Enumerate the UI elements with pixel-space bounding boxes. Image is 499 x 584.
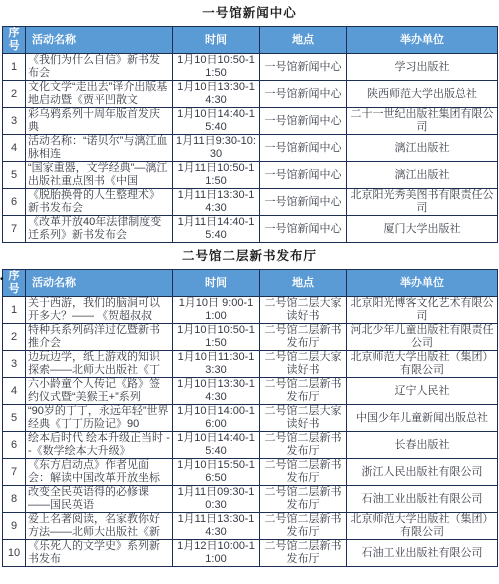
time-cell: 1月10日 9:00-11:00	[173, 297, 260, 324]
row-number-cell: 4	[3, 135, 26, 162]
row-number-cell: 5	[3, 162, 26, 189]
column-header-number: 序号	[3, 27, 26, 54]
table-row: 3 彩乌鸦系列十周年版首发庆典 1月10日14:40-15:40 一号馆新闻中心…	[3, 108, 498, 135]
table-body: 1 关于西游，我们的脑洞可以开多大？—— 《贺超叔叔 1月10日 9:00-11…	[3, 297, 498, 567]
table-row: 6 《脱胎换骨的人生整理术》新书发布会 1月11日13:30-14:30 一号馆…	[3, 189, 498, 216]
organizer-cell: 漓江出版社	[347, 135, 498, 162]
organizer-cell: 石油工业出版社有限公司	[347, 486, 498, 513]
time-cell: 1月10日13:30-14:30	[173, 81, 260, 108]
table-wrap: 序号 活动名称 时间 地点 举办单位 1 《我们为什么自信》新书发布会 1月10…	[2, 26, 499, 243]
place-cell: 二号馆二层新书发布厅	[260, 432, 347, 459]
column-header-label: 时间	[205, 277, 227, 289]
column-header-number: 序号	[3, 270, 26, 297]
row-number-cell: 1	[3, 54, 26, 81]
time-cell: 1月11日13:30-14:30	[173, 513, 260, 540]
table-row: 5 “国家重器，文学经典”—漓江出版社重点图书《中国 1月11日10:50-11…	[3, 162, 498, 189]
place-cell: 二号馆二层新书发布厅	[260, 486, 347, 513]
table-wrap: • 序号 活动名称 时间 地点 举办单位 1 关于西游，我们的脑洞可以开多大？—…	[2, 269, 499, 567]
place-cell: 二号馆二层新书发布厅	[260, 324, 347, 351]
header-row: 序号 活动名称 时间 地点 举办单位	[3, 27, 498, 54]
activity-name-cell: 关于西游，我们的脑洞可以开多大？—— 《贺超叔叔	[26, 297, 173, 324]
table-body: 1 《我们为什么自信》新书发布会 1月10日10:50-11:50 一号馆新闻中…	[3, 54, 498, 243]
column-header-time: 时间	[173, 27, 260, 54]
activity-name-cell: “国家重器，文学经典”—漓江出版社重点图书《中国	[26, 162, 173, 189]
organizer-cell: 北京师范大学出版社（集团）有限公司	[347, 351, 498, 378]
time-cell: 1月10日10:50-11:50	[173, 54, 260, 81]
events-table-section: 二号馆二层新书发布厅 • 序号 活动名称 时间 地点 举办单位 1	[0, 243, 499, 567]
row-number-cell: 6	[3, 432, 26, 459]
row-number-cell: 8	[3, 486, 26, 513]
table-row: 9 爱上名著阅读，名家教你好方法——北师大出版社《新 1月11日13:30-14…	[3, 513, 498, 540]
organizer-cell: 二十一世纪出版社集团有限公司	[347, 108, 498, 135]
column-header-label: 地点	[292, 277, 314, 289]
activity-name-cell: 爱上名著阅读，名家教你好方法——北师大出版社《新	[26, 513, 173, 540]
column-header-place: 地点	[260, 270, 347, 297]
table-row: 3 边玩边学，纸上游戏的知识探索——北师大出版社《丁 1月10日11:30-13…	[3, 351, 498, 378]
organizer-cell: 学习出版社	[347, 54, 498, 81]
table-row: 1 《我们为什么自信》新书发布会 1月10日10:50-11:50 一号馆新闻中…	[3, 54, 498, 81]
time-cell: 1月12日10:00-11:00	[173, 540, 260, 567]
activity-name-cell: 特种兵系列码洋过亿暨新书推介会	[26, 324, 173, 351]
activity-name-cell: 《东方启动点》作者见面会：解读中国改革开放坐标	[26, 459, 173, 486]
column-header-organizer: 举办单位	[347, 27, 498, 54]
row-number-cell: 6	[3, 189, 26, 216]
organizer-cell: 石油工业出版社有限公司	[347, 540, 498, 567]
column-header-activity: 活动名称	[26, 27, 173, 54]
row-number-cell: 5	[3, 405, 26, 432]
time-cell: 1月11日10:50-11:50	[173, 162, 260, 189]
place-cell: 一号馆新闻中心	[260, 54, 347, 81]
time-cell: 1月10日11:30-13:30	[173, 351, 260, 378]
place-cell: 二号馆二层新书发布厅	[260, 459, 347, 486]
organizer-cell: 中国少年儿童新闻出版总社	[347, 405, 498, 432]
place-cell: 一号馆新闻中心	[260, 189, 347, 216]
place-cell: 二号馆二层大家读好书	[260, 297, 347, 324]
organizer-cell: 河北少年儿童出版社有限责任公司	[347, 324, 498, 351]
row-number-cell: 9	[3, 513, 26, 540]
events-table: 序号 活动名称 时间 地点 举办单位 1 关于西游，我们的脑洞可以开多大？—— …	[2, 269, 498, 567]
header-bullet: •	[0, 274, 4, 285]
time-cell: 1月10日14:00-16:00	[173, 405, 260, 432]
organizer-cell: 厦门大学出版社	[347, 216, 498, 243]
place-cell: 二号馆二层大家读好书	[260, 405, 347, 432]
table-row: 7 《改革开放40年法律制度变迁系列》新书发布会 1月11日14:40-15:4…	[3, 216, 498, 243]
row-number-cell: 4	[3, 378, 26, 405]
table-row: 7 《东方启动点》作者见面会：解读中国改革开放坐标 1月10日15:50-16:…	[3, 459, 498, 486]
organizer-cell: 北京师范大学出版社（集团）有限公司	[347, 513, 498, 540]
row-number-cell: 3	[3, 108, 26, 135]
time-cell: 1月10日10:50-11:50	[173, 324, 260, 351]
table-row: 8 改变全民英语得的必修课——国民英语 1月11日09:30-10:30 二号馆…	[3, 486, 498, 513]
events-table: 序号 活动名称 时间 地点 举办单位 1 《我们为什么自信》新书发布会 1月10…	[2, 26, 498, 243]
activity-name-cell: 改变全民英语得的必修课——国民英语	[26, 486, 173, 513]
place-cell: 一号馆新闻中心	[260, 81, 347, 108]
organizer-cell: 漓江出版社	[347, 162, 498, 189]
place-cell: 一号馆新闻中心	[260, 135, 347, 162]
table-title: 一号馆新闻中心	[0, 0, 499, 26]
time-cell: 1月10日14:40-15:40	[173, 108, 260, 135]
place-cell: 一号馆新闻中心	[260, 162, 347, 189]
activity-name-cell: 活动名称：“诺贝尔”与漓江血脉相连	[26, 135, 173, 162]
activity-name-cell: 《我们为什么自信》新书发布会	[26, 54, 173, 81]
table-row: 5 “90岁的丁丁，永远年轻”世界经典《丁丁历险记》90 1月10日14:00-…	[3, 405, 498, 432]
table-row: 4 六小龄童个人传记《路》签约仪式暨“美猴王+”系列 1月10日13:30-14…	[3, 378, 498, 405]
organizer-cell: 陕西师范大学出版总社	[347, 81, 498, 108]
organizer-cell: 北京阳光秀美图书有限责任公司	[347, 189, 498, 216]
column-header-activity: 活动名称	[26, 270, 173, 297]
table-row: 2 文化文学“走出去”译介出版基地启动暨《贾平凹散文 1月10日13:30-14…	[3, 81, 498, 108]
activity-name-cell: 绘本后时代 绘本升级正当时 --《数学绘本大升级》	[26, 432, 173, 459]
time-cell: 1月10日14:40-15:40	[173, 432, 260, 459]
organizer-cell: 长春出版社	[347, 432, 498, 459]
activity-name-cell: “90岁的丁丁，永远年轻”世界经典《丁丁历险记》90	[26, 405, 173, 432]
place-cell: 一号馆新闻中心	[260, 216, 347, 243]
activity-name-cell: 《改革开放40年法律制度变迁系列》新书发布会	[26, 216, 173, 243]
activity-name-cell: 彩乌鸦系列十周年版首发庆典	[26, 108, 173, 135]
table-title: 二号馆二层新书发布厅	[0, 243, 499, 269]
time-cell: 1月10日13:30-14:30	[173, 378, 260, 405]
organizer-cell: 浙江人民出版社有限公司	[347, 459, 498, 486]
row-number-cell: 3	[3, 351, 26, 378]
column-header-organizer: 举办单位	[347, 270, 498, 297]
column-header-place: 地点	[260, 27, 347, 54]
activity-name-cell: 《乐死人的文学史》系列新书发布	[26, 540, 173, 567]
row-number-cell: 2	[3, 324, 26, 351]
place-cell: 二号馆二层新书发布厅	[260, 378, 347, 405]
column-header-label: 序号	[9, 270, 20, 295]
column-header-label: 地点	[292, 34, 314, 46]
time-cell: 1月11日14:40-15:40	[173, 216, 260, 243]
organizer-cell: 北京阳光博客文化艺术有限公司	[347, 297, 498, 324]
table-row: 2 特种兵系列码洋过亿暨新书推介会 1月10日10:50-11:50 二号馆二层…	[3, 324, 498, 351]
column-header-label: 时间	[205, 34, 227, 46]
column-header-label: 举办单位	[400, 277, 444, 289]
activity-name-cell: 边玩边学，纸上游戏的知识探索——北师大出版社《丁	[26, 351, 173, 378]
place-cell: 二号馆二层新书发布厅	[260, 513, 347, 540]
column-header-time: 时间	[173, 270, 260, 297]
place-cell: 一号馆新闻中心	[260, 108, 347, 135]
time-cell: 1月10日15:50-16:50	[173, 459, 260, 486]
time-cell: 1月11日13:30-14:30	[173, 189, 260, 216]
header-row: 序号 活动名称 时间 地点 举办单位	[3, 270, 498, 297]
activity-name-cell: 六小龄童个人传记《路》签约仪式暨“美猴王+”系列	[26, 378, 173, 405]
column-header-label: 活动名称	[32, 34, 76, 46]
column-header-label: 序号	[9, 27, 20, 52]
table-row: 6 绘本后时代 绘本升级正当时 --《数学绘本大升级》 1月10日14:40-1…	[3, 432, 498, 459]
organizer-cell: 辽宁人民社	[347, 378, 498, 405]
book-fair-events-schedule: 一号馆新闻中心 序号 活动名称 时间 地点 举办单位 1 《我们	[0, 0, 499, 584]
place-cell: 二号馆二层新书发布厅	[260, 540, 347, 567]
place-cell: 二号馆二层大家读好书	[260, 351, 347, 378]
table-row: 4 活动名称：“诺贝尔”与漓江血脉相连 1月11日9:30-10:30 一号馆新…	[3, 135, 498, 162]
row-number-cell: 1	[3, 297, 26, 324]
table-row: 1 关于西游，我们的脑洞可以开多大？—— 《贺超叔叔 1月10日 9:00-11…	[3, 297, 498, 324]
column-header-label: 举办单位	[400, 34, 444, 46]
activity-name-cell: 《脱胎换骨的人生整理术》新书发布会	[26, 189, 173, 216]
table-row: 10 《乐死人的文学史》系列新书发布 1月12日10:00-11:00 二号馆二…	[3, 540, 498, 567]
column-header-label: 活动名称	[32, 277, 76, 289]
row-number-cell: 2	[3, 81, 26, 108]
time-cell: 1月11日9:30-10:30	[173, 135, 260, 162]
activity-name-cell: 文化文学“走出去”译介出版基地启动暨《贾平凹散文	[26, 81, 173, 108]
row-number-cell: 7	[3, 216, 26, 243]
events-table-section: 一号馆新闻中心 序号 活动名称 时间 地点 举办单位 1 《我们	[0, 0, 499, 243]
row-number-cell: 7	[3, 459, 26, 486]
time-cell: 1月11日09:30-10:30	[173, 486, 260, 513]
row-number-cell: 10	[3, 540, 26, 567]
